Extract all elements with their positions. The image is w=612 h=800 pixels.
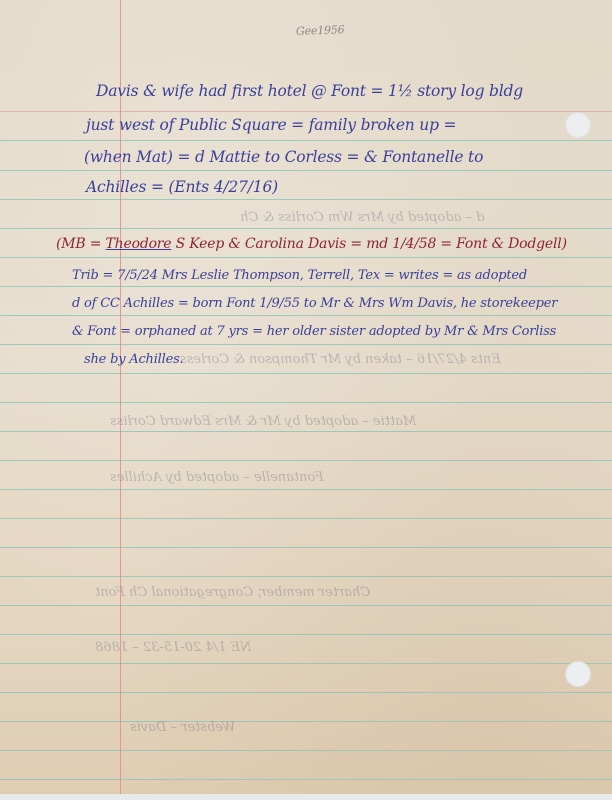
note-line: d of CC Achilles = born Font 1/9/55 to M… [72, 296, 557, 311]
top-rule-line [0, 111, 612, 112]
rule-line [0, 518, 612, 519]
note-line: Achilles = (Ents 4/27/16) [86, 178, 278, 196]
rule-line [0, 576, 612, 577]
rule-line [0, 228, 612, 229]
red-ink-line: (MB = Theodore S Keep & Carolina Davis =… [56, 236, 567, 252]
rule-line [0, 199, 612, 200]
bleed-through-text: d – adopted by Mrs Wm Corliss & Ch [240, 210, 484, 225]
rule-line [0, 721, 612, 722]
note-line: Davis & wife had first hotel @ Font = 1½… [96, 82, 523, 100]
bleed-through-text: Mattie – adopted by Mr & Mrs Edward Corl… [110, 414, 416, 429]
rule-line [0, 750, 612, 751]
note-line: & Font = orphaned at 7 yrs = her older s… [72, 324, 556, 339]
red-line-prefix: (MB = [56, 236, 101, 252]
rule-line [0, 344, 612, 345]
rule-line [0, 315, 612, 316]
note-line: Trib = 7/5/24 Mrs Leslie Thompson, Terre… [72, 268, 527, 283]
rule-line [0, 489, 612, 490]
underlined-name: Theodore [106, 236, 172, 252]
punch-hole [565, 112, 591, 138]
note-line: she by Achilles. [84, 352, 183, 367]
rule-line [0, 547, 612, 548]
red-line-rest: S Keep & Carolina Davis = md 1/4/58 = Fo… [176, 236, 567, 252]
rule-line [0, 286, 612, 287]
scan-background [0, 794, 612, 800]
rule-line [0, 460, 612, 461]
rule-line [0, 140, 612, 141]
rule-line [0, 431, 612, 432]
rule-line [0, 692, 612, 693]
rule-line [0, 402, 612, 403]
rule-line [0, 170, 612, 171]
bleed-through-text: Fontanelle – adopted by Achilles [110, 470, 324, 485]
rule-line [0, 779, 612, 780]
rule-line [0, 663, 612, 664]
note-line: (when Mat) = d Mattie to Corless = & Fon… [84, 148, 483, 166]
bleed-through-text: Webster – Davis [130, 720, 235, 735]
punch-hole [565, 661, 591, 687]
rule-line [0, 634, 612, 635]
header-pencil-mark: Gee1956 [296, 23, 345, 38]
rule-line [0, 605, 612, 606]
rule-line [0, 257, 612, 258]
rule-line [0, 373, 612, 374]
paper-sheet: Gee1956 d – adopted by Mrs Wm Corliss & … [0, 0, 612, 794]
bleed-through-text: Charter member, Congregational Ch Font [95, 585, 370, 600]
bleed-through-text: Ents 4/27/16 – taken by Mr Thompson & Co… [180, 352, 501, 367]
bleed-through-text: NE 1/4 20-15-32 – 1868 [95, 640, 251, 655]
note-line: just west of Public Square = family brok… [86, 116, 456, 134]
